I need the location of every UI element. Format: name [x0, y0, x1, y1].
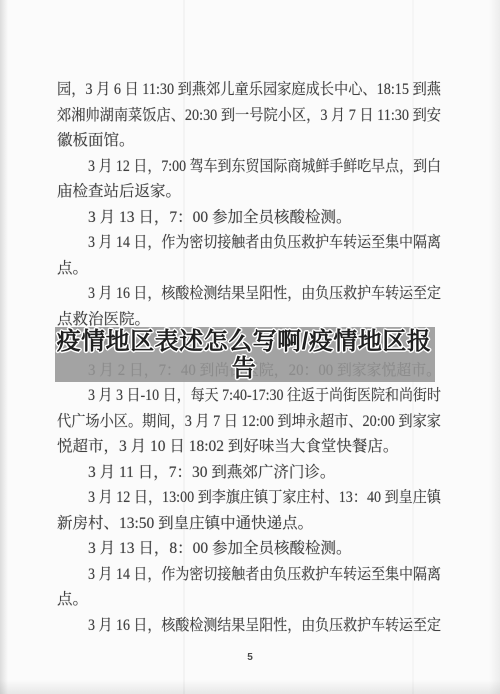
text-line: 庙检查站后返家。 [57, 179, 441, 205]
page-number: 5 [0, 652, 500, 663]
text-line: 园，3 月 6 日 11:30 到燕郊儿童乐园家庭成长中心、18:15 到燕 [57, 77, 441, 103]
text-line: 点。 [57, 256, 441, 282]
text-line: 代广场小区。期间，3 月 7 日 12:00 到坤永超市、20:00 到家家 [57, 409, 441, 435]
text-line: 3 月 11 日，7：30 到燕郊广济门诊。 [57, 460, 441, 486]
document-page: 园，3 月 6 日 11:30 到燕郊儿童乐园家庭成长中心、18:15 到燕郊湘… [0, 0, 500, 694]
scan-shadow-right [489, 0, 500, 694]
text-line: 3 月 3 日-10 日，每天 7:40-17:30 往返于尚街医院和尚街时 [57, 383, 441, 409]
text-line: 郊湘帅湖南菜饭店、20:30 到一号院小区，3 月 7 日 11:30 到安 [57, 103, 441, 129]
text-line: 悦超市，3 月 10 日 18:02 到好味当大食堂快餐店。 [57, 434, 441, 460]
text-line: 3 月 14 日，作为密切接触者由负压救护车转运至集中隔离 [57, 562, 441, 588]
text-line: 3 月 16 日，核酸检测结果呈阳性，由负压救护车转运至定 [57, 613, 441, 639]
text-line: 3 月 13 日，8：00 参加全员核酸检测。 [57, 536, 441, 562]
scan-shadow-bottom [0, 680, 500, 694]
text-line: 3 月 12 日，7:00 驾车到东贸国际商城鲜手鲜吃早点，到白 [57, 154, 441, 180]
text-line: 3 月 12 日，13:00 到李旗庄镇丁家庄村、13：40 到皇庄镇 [57, 485, 441, 511]
text-line: 点。 [57, 587, 441, 613]
text-line: 新房村、13:50 到皇庄镇中通快递点。 [57, 511, 441, 537]
text-line: 3 月 16 日，核酸检测结果呈阳性，由负压救护车转运至定 [57, 281, 441, 307]
text-line: 徽板面馆。 [57, 128, 441, 154]
overlay-title: 疫情地区表述怎么写啊/疫情地区报告 [49, 328, 439, 382]
text-line: 3 月 13 日，7：00 参加全员核酸检测。 [57, 205, 441, 231]
scan-shadow-left [0, 0, 8, 694]
text-line: 3 月 14 日，作为密切接触者由负压救护车转运至集中隔离 [57, 230, 441, 256]
